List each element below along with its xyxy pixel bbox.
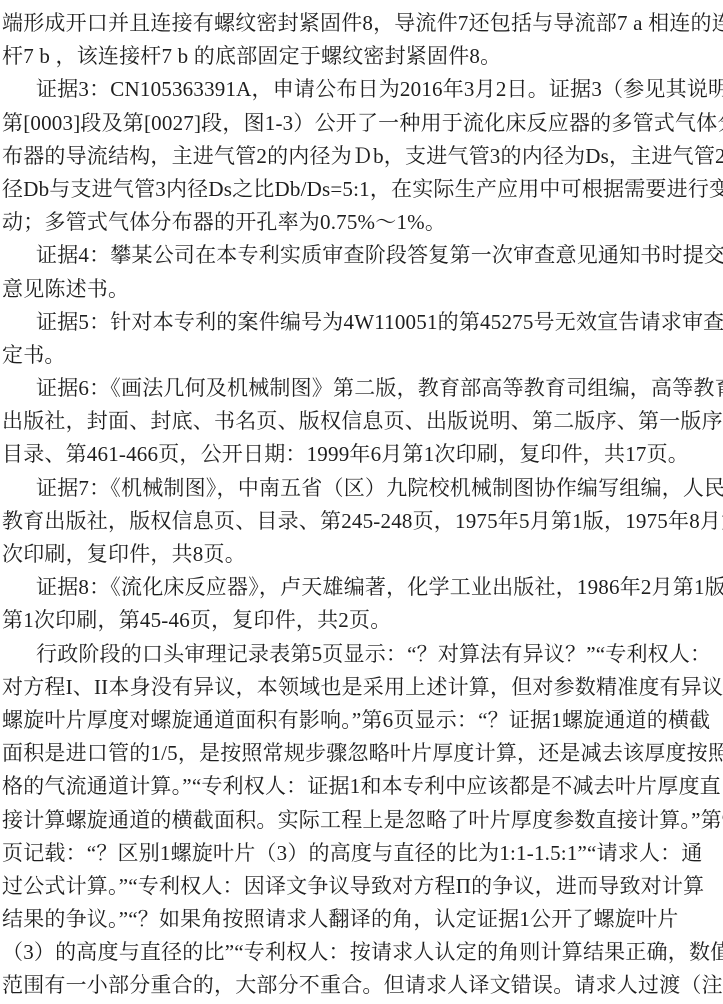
text-line: 过公式计算。”“专利权人：因译文争议导致对方程Π的争议，进而导致对计算: [2, 870, 721, 903]
text-line: 证据4：攀某公司在本专利实质审查阶段答复第一次审查意见通知书时提交的: [2, 239, 721, 272]
text-line: 定书。: [2, 339, 721, 372]
text-line: 范围有一小部分重合的，大部分不重合。但请求人译文错误。请求人过渡（注：: [2, 969, 721, 1002]
text-line: 格的气流通道计算。”“专利权人：证据1和本专利中应该都是不减去叶片厚度直: [2, 770, 721, 803]
text-line: 次印刷，复印件，共8页。: [2, 538, 721, 571]
text-line: 出版社，封面、封底、书名页、版权信息页、出版说明、第二版序、第一版序、: [2, 405, 721, 438]
text-line: 目录、第461-466页，公开日期：1999年6月第1次印刷，复印件，共17页。: [2, 438, 721, 471]
text-line: 布器的导流结构，主进气管2的内径为Ｄb，支进气管3的内径为Ds，主进气管2内: [2, 140, 721, 173]
text-line: 面积是进口管的1/5，是按照常规步骤忽略叶片厚度计算，还是减去该厚度按照严: [2, 737, 721, 770]
text-line: 教育出版社，版权信息页、目录、第245-248页，1975年5月第1版，1975…: [2, 505, 721, 538]
text-line: 行政阶段的口头审理记录表第5页显示：“？对算法有异议？”“专利权人：: [2, 638, 721, 671]
text-line: 证据8：《流化床反应器》，卢天雄编著，化学工业出版社，1986年2月第1版: [2, 571, 721, 604]
text-line: 端形成开口并且连接有螺纹密封紧固件8，导流件7还包括与导流部7 a 相连的连接: [2, 7, 721, 40]
document-page: 端形成开口并且连接有螺纹密封紧固件8，导流件7还包括与导流部7 a 相连的连接 …: [0, 0, 723, 1004]
text-line: （3）的高度与直径的比”“专利权人：按请求人认定的角则计算结果正确，数值: [2, 936, 721, 969]
text-line: 页记载：“？区别1螺旋叶片（3）的高度与直径的比为1:1-1.5:1”“请求人：…: [2, 837, 721, 870]
text-line: 意见陈述书。: [2, 273, 721, 306]
text-line: 第[0003]段及第[0027]段，图1-3）公开了一种用于流化床反应器的多管式…: [2, 107, 721, 140]
text-line: 证据5：针对本专利的案件编号为4W110051的第45275号无效宣告请求审查决: [2, 306, 721, 339]
text-line: 动；多管式气体分布器的开孔率为0.75%～1%。: [2, 206, 721, 239]
text-line: 径Db与支进气管3内径Ds之比Db/Ds=5:1，在实际生产应用中可根据需要进行…: [2, 173, 721, 206]
text-line: 证据7：《机械制图》，中南五省（区）九院校机械制图协作编写组编，人民: [2, 472, 721, 505]
text-line: 螺旋叶片厚度对螺旋通道面积有影响。”第6页显示：“？证据1螺旋通道的横截: [2, 704, 721, 737]
text-line: 第1次印刷，第45-46页，复印件，共2页。: [2, 604, 721, 637]
text-line: 证据3：CN105363391A，申请公布日为2016年3月2日。证据3（参见其…: [2, 73, 721, 106]
text-line: 证据6：《画法几何及机械制图》第二版，教育部高等教育司组编，高等教育: [2, 372, 721, 405]
text-line: 接计算螺旋通道的横截面积。实际工程上是忽略了叶片厚度参数直接计算。”第9: [2, 804, 721, 837]
text-line: 对方程I、II本身没有异议，本领域也是采用上述计算，但对参数精准度有异议，: [2, 671, 721, 704]
text-line: 结果的争议。”“？如果角按照请求人翻译的角，认定证据1公开了螺旋叶片: [2, 903, 721, 936]
text-line: 杆7 b ，该连接杆7 b 的底部固定于螺纹密封紧固件8。: [2, 40, 721, 73]
